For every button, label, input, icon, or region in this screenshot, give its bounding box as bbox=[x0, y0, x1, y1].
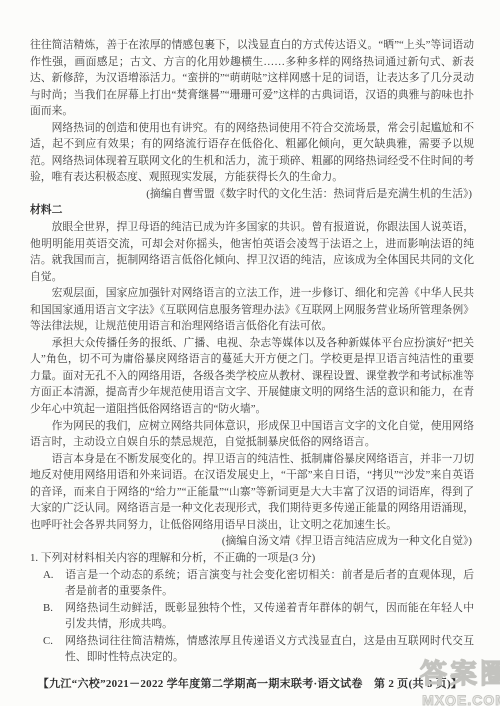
question-1-stem: 1. 下列对材料相关内容的理解和分析，不正确的一项是(3 分) bbox=[30, 550, 474, 567]
option-c-label: C. bbox=[43, 633, 65, 650]
option-b-text: 网络热词生动鲜活，既彰显独特个性，又传递着青年群体的朝气，因而能在年轻人中引发共… bbox=[65, 602, 474, 631]
material-two-paragraph: 作为网民的我们，应树立网络共同体意识，形成保卫中国语言文字的文化自觉，使用网络语… bbox=[30, 418, 474, 451]
option-a-label: A. bbox=[43, 567, 65, 584]
option-c-text: 网络热词往往简洁精炼，情感浓厚且传递语义方式浅显直白，这是由互联网时代交互性、即… bbox=[65, 635, 474, 664]
option-b-label: B. bbox=[43, 600, 65, 617]
material-one-paragraph-tail: 往往简洁精炼，善于在浓厚的情感包裹下，以浅显直白的方式传达语义。“晒”“上头”等… bbox=[30, 37, 474, 120]
page-content: 往往简洁精炼，善于在浓厚的情感包裹下，以浅显直白的方式传达语义。“晒”“上头”等… bbox=[30, 37, 474, 666]
material-two-heading: 材料二 bbox=[30, 202, 474, 219]
watermark-site-text: MXQE.COM bbox=[420, 692, 500, 706]
question-1-option-a: A.语言是一个动态的系统；语言演变与社会变化密切相关：前者是后者的直观体现，后者… bbox=[43, 567, 474, 600]
question-1-option-c: C.网络热词往往简洁精炼，情感浓厚且传递语义方式浅显直白，这是由互联网时代交互性… bbox=[43, 633, 474, 666]
material-two-paragraph: 承担大众传播任务的报纸、广播、电视、杂志等媒体以及各种新媒体平台应扮演好“把关人… bbox=[30, 335, 474, 418]
material-two-paragraph: 语言本身是在不断发展变化的。捍卫语言的纯洁性、抵制庸俗暴戾网络语言，并非一刀切地… bbox=[30, 451, 474, 534]
exam-paper-page: 往往简洁精炼，善于在浓厚的情感包裹下，以浅显直白的方式传达语义。“晒”“上头”等… bbox=[0, 0, 500, 706]
material-two-paragraph: 放眼全世界，捍卫母语的纯洁已成为许多国家的共识。曾有报道说，你跟法国人说英语，他… bbox=[30, 219, 474, 285]
material-one-paragraph: 网络热词的创造和使用也有讲究。有的网络热词使用不符合交流场景，常会引起尴尬和不适… bbox=[30, 120, 474, 186]
page-footer: 【九江“六校”2021－2022 学年度第二学期高一期末联考·语文试卷 第 2 … bbox=[0, 675, 500, 691]
question-1: 1. 下列对材料相关内容的理解和分析，不正确的一项是(3 分) A.语言是一个动… bbox=[30, 550, 474, 666]
option-a-text: 语言是一个动态的系统；语言演变与社会变化密切相关：前者是后者的直观体现，后者是前… bbox=[65, 569, 474, 598]
material-two-citation: (摘编自汤文靖《捍卫语言纯洁应成为一种文化自觉》) bbox=[30, 533, 474, 550]
question-1-options: A.语言是一个动态的系统；语言演变与社会变化密切相关：前者是后者的直观体现，后者… bbox=[43, 567, 474, 667]
material-two-paragraph: 宏观层面，国家应加强针对网络语言的立法工作，进一步修订、细化和完善《中华人民共和… bbox=[30, 285, 474, 335]
question-1-option-b: B.网络热词生动鲜活，既彰显独特个性，又传递着青年群体的朝气，因而能在年轻人中引… bbox=[43, 600, 474, 633]
material-one-citation: (摘编自曹雪盟《数字时代的文化生活：热词背后是充满生机的生活》) bbox=[30, 186, 474, 203]
